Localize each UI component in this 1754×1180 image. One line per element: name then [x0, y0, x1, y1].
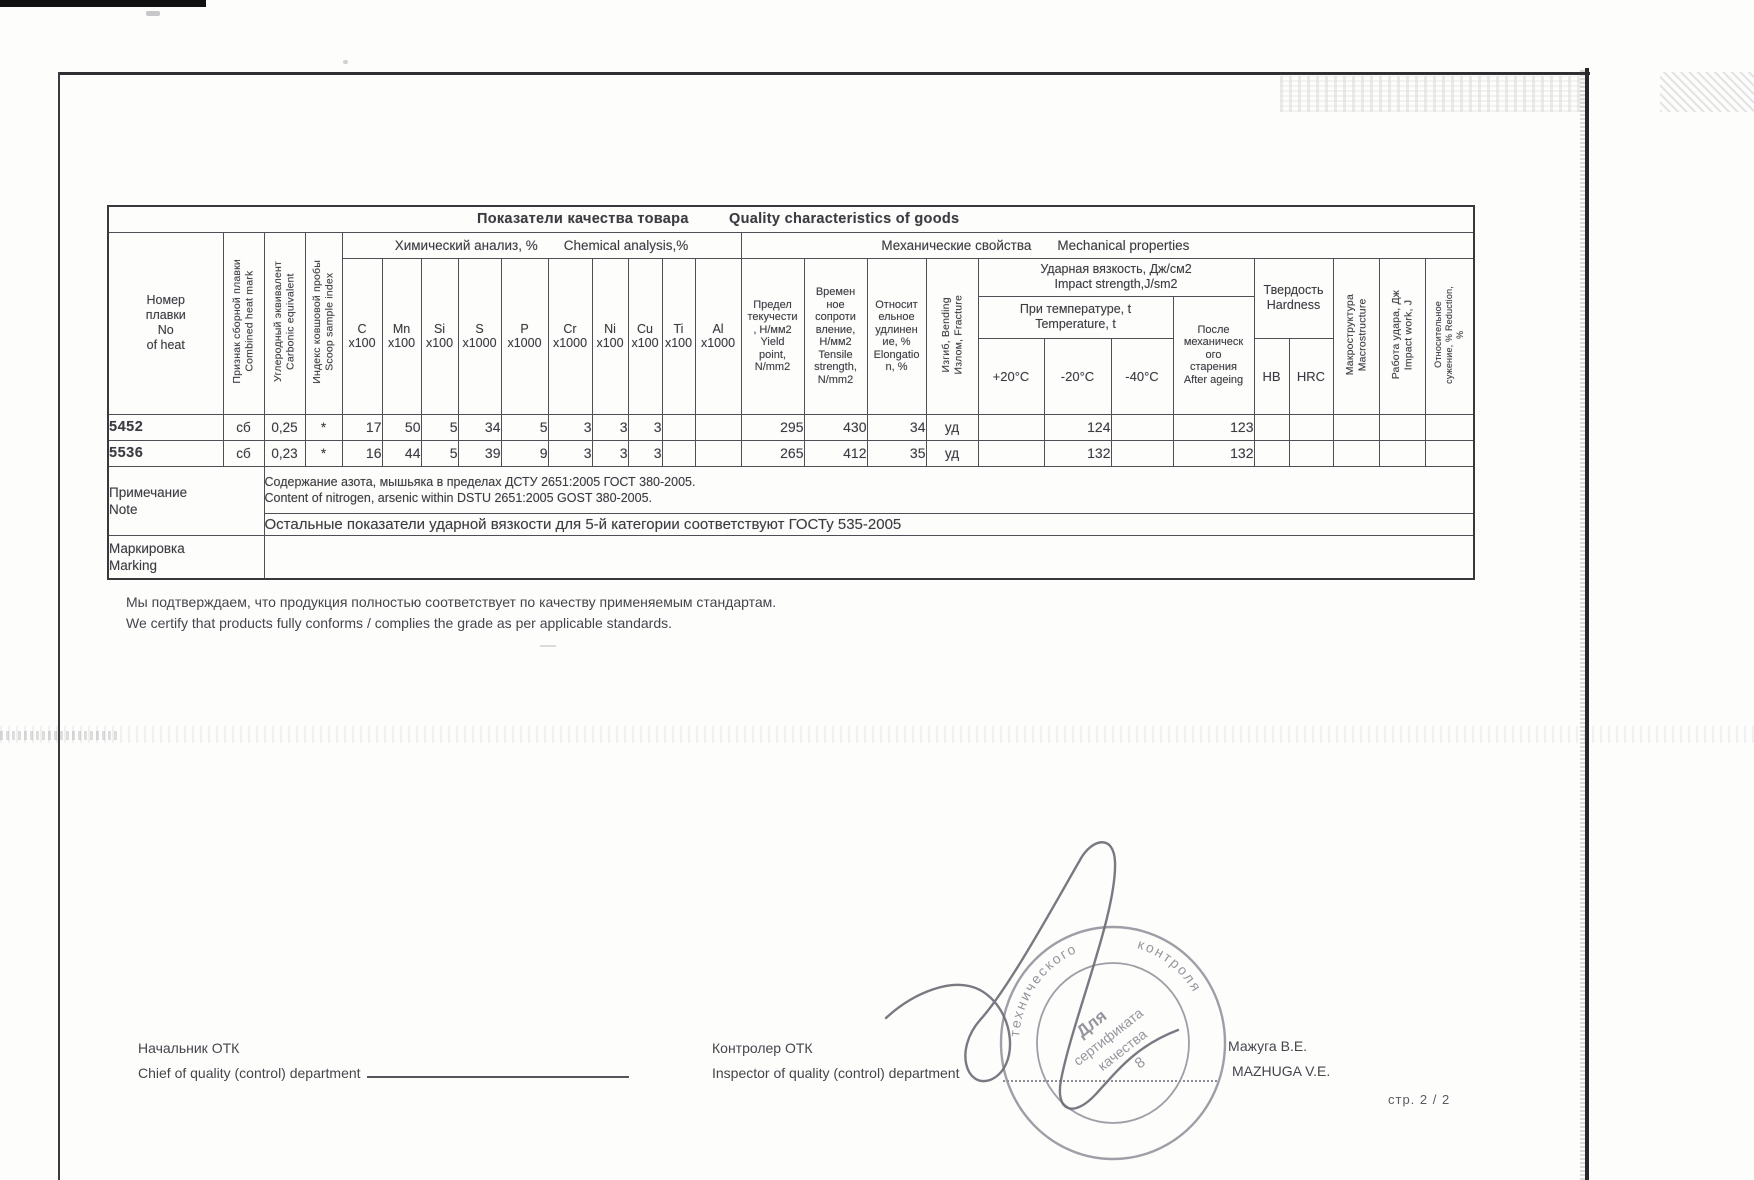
cell-elongation: 35: [867, 440, 926, 466]
cell-combined: сб: [223, 414, 264, 440]
cell-Al: [695, 414, 741, 440]
cell-t20: [978, 414, 1044, 440]
section-mechanical-properties: Механические свойстваMechanical properti…: [741, 232, 1474, 258]
marking-value: [264, 535, 1474, 579]
stamp-text-line2: сертификата: [1070, 1004, 1146, 1068]
header-temp-minus20: -20°C: [1044, 338, 1111, 414]
signature-line: [367, 1064, 629, 1078]
note-content: Содержание азота, мышьяка в пределах ДСТ…: [264, 466, 1474, 513]
cell-P: 9: [501, 440, 548, 466]
cell-hrc: [1289, 440, 1333, 466]
header-element-Ni: Nix100: [592, 258, 628, 414]
header-carbon-equivalent: Углеродный эквивалент Carbonic equivalen…: [264, 232, 305, 414]
cell-Si: 5: [421, 440, 458, 466]
scan-noise: [1660, 72, 1754, 112]
cell-Al: [695, 440, 741, 466]
cell-Ni: 3: [592, 414, 628, 440]
marking-label: Маркировка Marking: [108, 535, 264, 579]
cell-Si: 5: [421, 414, 458, 440]
cell-hb: [1254, 440, 1289, 466]
cell-tm40: [1111, 440, 1173, 466]
header-elongation: Относит ельное удлинен ие, % Elongatio n…: [867, 258, 926, 414]
page-border-right: [1585, 68, 1589, 1180]
cell-P: 5: [501, 414, 548, 440]
scanned-certificate-page: Показатели качества товара Quality chara…: [0, 0, 1754, 1180]
cell-bend: уд: [926, 440, 978, 466]
cell-scoop: *: [305, 440, 342, 466]
table-title-ru: Показатели качества товара: [477, 211, 689, 227]
header-element-C: Cx100: [342, 258, 382, 414]
cell-Cu: 3: [628, 414, 662, 440]
cell-tm20: 132: [1044, 440, 1111, 466]
cell-reduction: [1425, 414, 1474, 440]
table-row: 5536 сб 0,23 * 16 44 5 39 9 3 3 3 265 41…: [108, 440, 1474, 466]
stamp-arc-text-top: контроля: [1136, 936, 1206, 996]
cell-C: 16: [342, 440, 382, 466]
cell-work: [1379, 414, 1425, 440]
header-hardness: Твердость Hardness: [1254, 258, 1333, 338]
cell-combined: сб: [223, 440, 264, 466]
cell-Ni: 3: [592, 440, 628, 466]
cell-S: 39: [458, 440, 501, 466]
header-reduction: Относительное сужение, % Reduction, %: [1425, 258, 1474, 414]
cell-Mn: 44: [382, 440, 421, 466]
header-after-ageing: После механическ ого старения After agei…: [1173, 296, 1254, 414]
signer-name-block: Мажуга В.Е. MAZHUGA V.E.: [1228, 1034, 1330, 1084]
quality-table: Показатели качества товара Quality chara…: [107, 205, 1475, 580]
header-element-Si: Six100: [421, 258, 458, 414]
scan-noise-band: [0, 731, 120, 740]
header-bend-fracture: Изгиб, Bending Излом, Fracture: [926, 258, 978, 414]
cell-t20: [978, 440, 1044, 466]
header-element-Ti: Tix100: [662, 258, 695, 414]
cell-tm40: [1111, 414, 1173, 440]
page-border-left: [58, 72, 60, 1180]
scan-smudge: [343, 60, 348, 64]
table-title: Показатели качества товара Quality chara…: [108, 206, 1474, 232]
cell-tensile: 412: [804, 440, 867, 466]
note-content-ru: Содержание азота, мышьяка в пределах ДСТ…: [265, 474, 1474, 490]
scan-noise: [1280, 76, 1585, 112]
header-element-Al: Alx1000: [695, 258, 741, 414]
scan-smudge: [146, 11, 160, 16]
scan-noise-band: [0, 726, 1754, 743]
cell-carbon: 0,25: [264, 414, 305, 440]
header-temp-minus40: -40°C: [1111, 338, 1173, 414]
cell-yield: 265: [741, 440, 804, 466]
section-chemical-analysis: Химический анализ, %Chemical analysis,%: [342, 232, 741, 258]
signer-name-ru: Мажуга В.Е.: [1228, 1034, 1330, 1059]
header-tensile-strength: Времен ное сопроти вление, Н/мм2 Tensile…: [804, 258, 867, 414]
cell-tm20: 124: [1044, 414, 1111, 440]
cell-Cr: 3: [548, 440, 592, 466]
svg-text:контроля: контроля: [1136, 936, 1206, 996]
cell-ageing: 123: [1173, 414, 1254, 440]
table-row: 5452 сб 0,25 * 17 50 5 34 5 3 3 3 295 43…: [108, 414, 1474, 440]
page-number: стр. 2 / 2: [1388, 1092, 1450, 1107]
svg-text:технического: технического: [1006, 940, 1080, 1037]
cell-Ti: [662, 414, 695, 440]
chief-signature-block: Начальник ОТК Chief of quality (control)…: [138, 1036, 629, 1086]
header-combined-heat-mark: Признак сборной плавки Combined heat mar…: [223, 232, 264, 414]
cell-bend: уд: [926, 414, 978, 440]
header-element-Cu: Cux100: [628, 258, 662, 414]
certification-ru: Мы подтверждаем, что продукция полностью…: [126, 592, 776, 613]
cell-macro: [1333, 414, 1379, 440]
cell-C: 17: [342, 414, 382, 440]
stamp-text-line1: Для: [1073, 1006, 1111, 1041]
stamp-text-line3: качества: [1095, 1026, 1150, 1074]
cell-Ti: [662, 440, 695, 466]
inspector-title-en: Inspector of quality (control) departmen…: [712, 1061, 959, 1086]
header-macrostructure: Макроструктура Macrostructure: [1333, 258, 1379, 414]
header-impact-strength: Ударная вязкость, Дж/см2 Impact strength…: [978, 258, 1254, 296]
header-scoop-sample-index: Индекс ковшовой пробы Scoop sample index: [305, 232, 342, 414]
signature-dotted-line: [1003, 1068, 1217, 1082]
note-content-2: Остальные показатели ударной вязкости дл…: [264, 513, 1474, 535]
qc-stamp: технического контроля Для сертификата ка…: [868, 828, 1308, 1180]
cell-S: 34: [458, 414, 501, 440]
cell-heat-no: 5536: [108, 440, 223, 466]
header-element-P: Px1000: [501, 258, 548, 414]
header-temp-plus20: +20°C: [978, 338, 1044, 414]
cell-work: [1379, 440, 1425, 466]
scan-smudge: [540, 645, 556, 647]
cell-carbon: 0,23: [264, 440, 305, 466]
stamp-arc-text-left: технического: [1006, 940, 1080, 1037]
table-title-en: Quality characteristics of goods: [729, 211, 959, 227]
cell-tensile: 430: [804, 414, 867, 440]
cell-elongation: 34: [867, 414, 926, 440]
header-heat-no: Номер плавки No of heat: [108, 232, 223, 414]
certification-statement: Мы подтверждаем, что продукция полностью…: [126, 592, 776, 634]
header-element-S: Sx1000: [458, 258, 501, 414]
cell-yield: 295: [741, 414, 804, 440]
header-hrc: HRC: [1289, 338, 1333, 414]
cell-hrc: [1289, 414, 1333, 440]
note-label: Примечание Note: [108, 466, 264, 535]
header-impact-work: Работа удара, Дж Impact work, J: [1379, 258, 1425, 414]
chief-title-ru: Начальник ОТК: [138, 1036, 629, 1061]
certification-en: We certify that products fully conforms …: [126, 613, 776, 634]
chief-title-en: Chief of quality (control) department: [138, 1061, 629, 1086]
stamp-outer-ring: [1001, 927, 1225, 1159]
note-content-en: Content of nitrogen, arsenic within DSTU…: [265, 490, 1474, 506]
header-element-Mn: Mnx100: [382, 258, 421, 414]
header-yield-point: Предел текучести , Н/мм2 Yield point, N/…: [741, 258, 804, 414]
stamp-inner-ring: [1037, 963, 1189, 1123]
page-border-top: [58, 72, 1590, 75]
cell-reduction: [1425, 440, 1474, 466]
cell-heat-no: 5452: [108, 414, 223, 440]
cell-Mn: 50: [382, 414, 421, 440]
signer-name-en: MAZHUGA V.E.: [1228, 1059, 1330, 1084]
header-hb: HB: [1254, 338, 1289, 414]
cell-scoop: *: [305, 414, 342, 440]
cell-Cu: 3: [628, 440, 662, 466]
header-element-Cr: Crx1000: [548, 258, 592, 414]
cell-Cr: 3: [548, 414, 592, 440]
scan-artifact-bar: [0, 0, 206, 7]
cell-macro: [1333, 440, 1379, 466]
header-at-temperature: При температуре, t Temperature, t: [978, 296, 1173, 338]
inspector-title-ru: Контролер ОТК: [712, 1036, 959, 1061]
cell-ageing: 132: [1173, 440, 1254, 466]
cell-hb: [1254, 414, 1289, 440]
inspector-signature-block: Контролер ОТК Inspector of quality (cont…: [712, 1036, 959, 1086]
